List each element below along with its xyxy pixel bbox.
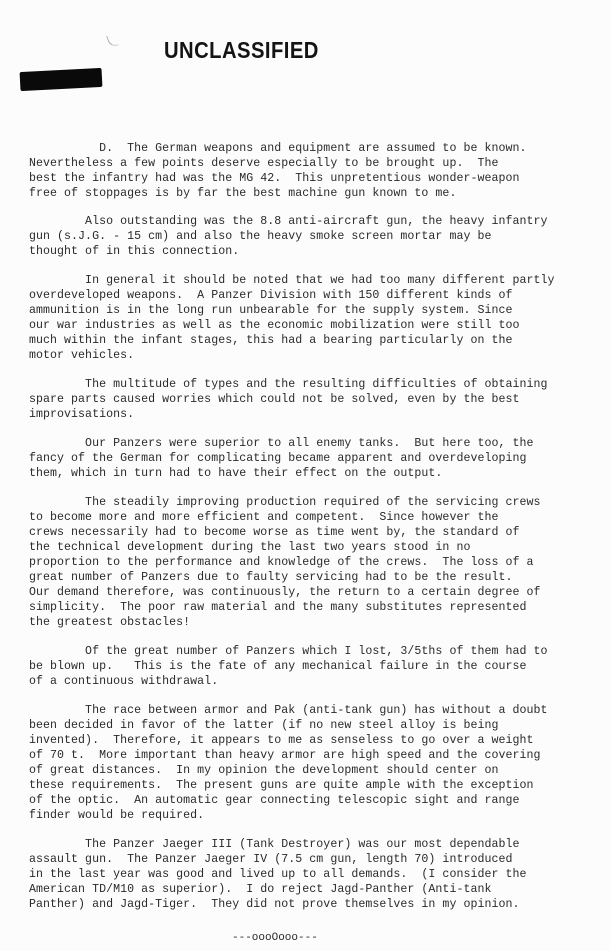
text-line: assault gun. The Panzer Jaeger IV (7.5 c…	[29, 853, 513, 867]
text-line: much within the infant stages, this had …	[29, 334, 513, 348]
text-line: crews necessarily had to become worse as…	[29, 526, 520, 540]
text-line: gun (s.J.G. - 15 cm) and also the heavy …	[29, 230, 492, 244]
text-line: overdeveloped weapons. A Panzer Division…	[29, 289, 513, 303]
text-line: In general it should be noted that we ha…	[29, 274, 555, 288]
text-line: Nevertheless a few points deserve especi…	[29, 157, 499, 171]
text-line: in the last year was good and lived up t…	[29, 868, 527, 882]
redaction-bar	[20, 68, 103, 91]
text-line: The race between armor and Pak (anti-tan…	[29, 704, 548, 718]
text-line: finder would be required.	[29, 809, 204, 823]
text-line: the greatest obstacles!	[29, 616, 190, 630]
text-line: these requirements. The present guns are…	[29, 779, 534, 793]
text-line: Panther) and Jagd-Tiger. They did not pr…	[29, 898, 520, 912]
text-line: of the optic. An automatic gear connecti…	[29, 794, 520, 808]
text-line: be blown up. This is the fate of any mec…	[29, 660, 527, 674]
text-line: invented). Therefore, it appears to me a…	[29, 734, 534, 748]
text-line: best the infantry had was the MG 42. Thi…	[29, 172, 520, 186]
text-line: of 70 t. More important than heavy armor…	[29, 749, 541, 763]
text-line: the technical development during the las…	[29, 541, 470, 555]
text-line: The Panzer Jaeger III (Tank Destroyer) w…	[29, 838, 520, 852]
text-line: Also outstanding was the 8.8 anti-aircra…	[29, 215, 548, 229]
text-line: free of stoppages is by far the best mac…	[29, 187, 456, 201]
section-separator: ---oooOooo---	[232, 932, 318, 944]
text-line: great number of Panzers due to faulty se…	[29, 571, 513, 585]
text-line: D. The German weapons and equipment are …	[29, 142, 527, 156]
text-line: simplicity. The poor raw material and th…	[29, 601, 527, 615]
text-line: The multitude of types and the resulting…	[29, 378, 548, 392]
pen-mark	[106, 33, 119, 48]
text-line: thought of in this connection.	[29, 245, 239, 259]
classification-stamp: UNCLASSIFIED	[164, 37, 319, 64]
text-line: American TD/M10 as superior). I do rejec…	[29, 883, 492, 897]
text-line: to become more and more efficient and co…	[29, 511, 499, 525]
text-line: motor vehicles.	[29, 349, 134, 363]
text-line: The steadily improving production requir…	[29, 496, 541, 510]
text-line: our war industries as well as the econom…	[29, 319, 520, 333]
document-page: UNCLASSIFIED D. The German weapons and e…	[0, 0, 610, 951]
text-line: proportion to the performance and knowle…	[29, 556, 534, 570]
text-line: ammunition is in the long run unbearable…	[29, 304, 513, 318]
text-line: improvisations.	[29, 408, 134, 422]
text-line: them, which in turn had to have their ef…	[29, 467, 442, 481]
text-line: spare parts caused worries which could n…	[29, 393, 520, 407]
text-line: been decided in favor of the latter (if …	[29, 719, 499, 733]
text-line: of a continuous withdrawal.	[29, 675, 218, 689]
text-line: of great distances. In my opinion the de…	[29, 764, 499, 778]
text-line: Of the great number of Panzers which I l…	[29, 645, 548, 659]
text-line: Our demand therefore, was continuously, …	[29, 586, 541, 600]
text-line: fancy of the German for complicating bec…	[29, 452, 527, 466]
text-line: Our Panzers were superior to all enemy t…	[29, 437, 534, 451]
